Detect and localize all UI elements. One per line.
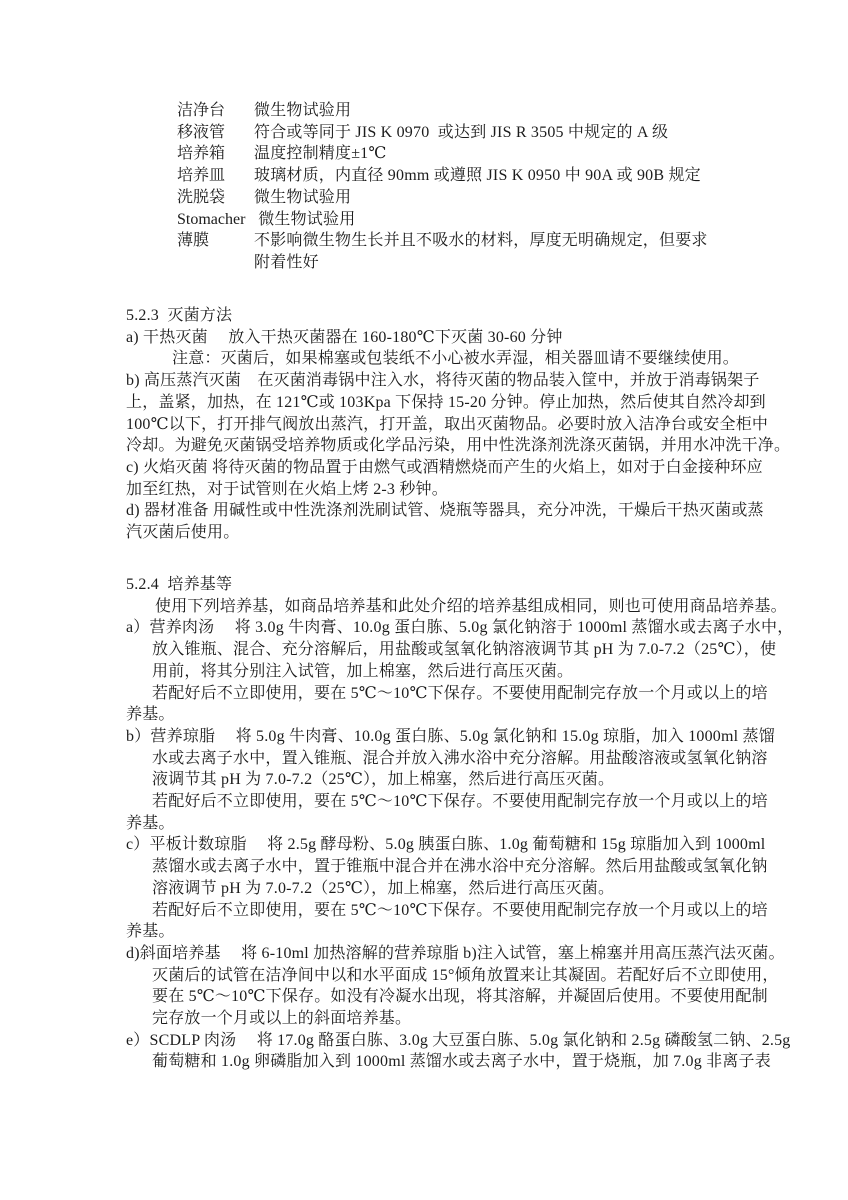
text-line: 加至红热，对于试管则在火焰上烤 2-3 秒钟。 [126,479,730,501]
text-line: 汽灭菌后使用。 [126,522,730,544]
text-line: a) 干热灭菌 放入干热灭菌器在 160-180℃下灭菌 30-60 分钟 [126,327,730,349]
text-line: 注意：灭菌后，如果棉塞或包装纸不小心被水弄湿，相关器皿请不要继续使用。 [126,348,730,370]
table-row: 移液管 符合或等同于 JIS K 0970 或达到 JIS R 3505 中规定… [126,122,730,144]
text-line: c) 火焰灭菌 将待灭菌的物品置于由燃气或酒精燃烧而产生的火焰上，如对于白金接种… [126,457,730,479]
text-line: c）平板计数琼脂 将 2.5g 酵母粉、5.0g 胰蛋白胨、1.0g 葡萄糖和 … [126,834,730,856]
table-row: 洁净台 微生物试验用 [126,100,730,122]
text-line: 用前，将其分别注入试管，加上棉塞，然后进行高压灭菌。 [126,661,730,683]
text-line: 若配好后不立即使用，要在 5℃～10℃下保存。不要使用配制完存放一个月或以上的培 [126,900,730,922]
text-line: 上，盖紧，加热，在 121℃或 103Kpa 下保持 15-20 分钟。停止加热… [126,392,730,414]
table-row: Stomacher 微生物试验用 [126,209,730,231]
equipment-table: 洁净台 微生物试验用 移液管 符合或等同于 JIS K 0970 或达到 JIS… [126,100,730,274]
text-line: 养基。 [126,813,730,835]
text-line: 液调节其 pH 为 7.0-7.2（25℃），加上棉塞，然后进行高压灭菌。 [126,769,730,791]
text-line: 完存放一个月或以上的斜面培养基。 [126,1008,730,1030]
text-line: b) 高压蒸汽灭菌 在灭菌消毒锅中注入水，将待灭菌的物品装入筐中，并放于消毒锅架… [126,370,730,392]
text-line: 养基。 [126,704,730,726]
text-line: 灭菌后的试管在洁净间中以和水平面成 15°倾角放置来让其凝固。若配好后不立即使用… [126,965,730,987]
text-line: 若配好后不立即使用，要在 5℃～10℃下保存。不要使用配制完存放一个月或以上的培 [126,791,730,813]
table-row: 培养箱 温度控制精度±1℃ [126,143,730,165]
text-line: 放入锥瓶、混合、充分溶解后，用盐酸或氢氧化钠溶液调节其 pH 为 7.0-7.2… [126,639,730,661]
equipment-name: Stomacher [126,209,254,231]
equipment-spec: 不影响微生物生长并且不吸水的材料，厚度无明确规定，但要求 [254,230,730,252]
equipment-name: 洁净台 [126,100,254,122]
equipment-spec: 玻璃材质，内直径 90mm 或遵照 JIS K 0950 中 90A 或 90B… [254,165,730,187]
equipment-spec: 符合或等同于 JIS K 0970 或达到 JIS R 3505 中规定的 A … [254,122,730,144]
text-line: b）营养琼脂 将 5.0g 牛肉膏、10.0g 蛋白胨、5.0g 氯化钠和 15… [126,726,730,748]
text-line: 养基。 [126,921,730,943]
equipment-name: 培养箱 [126,143,254,165]
table-row: 洗脱袋 微生物试验用 [126,187,730,209]
equipment-name: 培养皿 [126,165,254,187]
text-line: d) 器材准备 用碱性或中性洗涤剂洗刷试管、烧瓶等器具，充分冲洗，干燥后干热灭菌… [126,500,730,522]
section-sterilization-methods: 5.2.3 灭菌方法 a) 干热灭菌 放入干热灭菌器在 160-180℃下灭菌 … [126,305,730,544]
equipment-spec: 微生物试验用 [254,187,730,209]
equipment-spec: 温度控制精度±1℃ [254,143,730,165]
text-line: 冷却。为避免灭菌锅受培养物质或化学品污染，用中性洗涤剂洗涤灭菌锅，并用水冲洗干净… [126,435,730,457]
text-line: e）SCDLP 肉汤 将 17.0g 酪蛋白胨、3.0g 大豆蛋白胨、5.0g … [126,1030,730,1052]
equipment-name: 洗脱袋 [126,187,254,209]
document-page: { "page": { "kind": "scanned standard do… [0,0,848,1200]
text-line: 水或去离子水中，置入锥瓶、混合并放入沸水浴中充分溶解。用盐酸溶液或氢氧化钠溶 [126,748,730,770]
equipment-spec-continued: 附着性好 [254,252,730,274]
equipment-name: 移液管 [126,122,254,144]
text-line: a）营养肉汤 将 3.0g 牛肉膏、10.0g 蛋白胨、5.0g 氯化钠溶于 1… [126,617,730,639]
text-line: 要在 5℃～10℃下保存。如没有冷凝水出现，将其溶解，并凝固后使用。不要使用配制 [126,986,730,1008]
text-line: d)斜面培养基 将 6-10ml 加热溶解的营养琼脂 b)注入试管，塞上棉塞并用… [126,943,730,965]
section-heading: 5.2.4 培养基等 [126,574,730,596]
section-culture-media: 5.2.4 培养基等 使用下列培养基，如商品培养基和此处介绍的培养基组成相同，则… [126,574,730,1073]
text-line: 使用下列培养基，如商品培养基和此处介绍的培养基组成相同，则也可使用商品培养基。 [126,596,730,618]
text-line: 蒸馏水或去离子水中，置于锥瓶中混合并在沸水浴中充分溶解。然后用盐酸或氢氧化钠 [126,856,730,878]
equipment-spec: 微生物试验用 [254,209,730,231]
text-line: 若配好后不立即使用，要在 5℃～10℃下保存。不要使用配制完存放一个月或以上的培 [126,683,730,705]
text-line: 100℃以下，打开排气阀放出蒸汽，打开盖，取出灭菌物品。必要时放入洁净台或安全柜… [126,414,730,436]
table-row: 培养皿 玻璃材质，内直径 90mm 或遵照 JIS K 0950 中 90A 或… [126,165,730,187]
text-line: 溶液调节 pH 为 7.0-7.2（25℃），加上棉塞，然后进行高压灭菌。 [126,878,730,900]
equipment-spec: 微生物试验用 [254,100,730,122]
table-row: 薄膜 不影响微生物生长并且不吸水的材料，厚度无明确规定，但要求 附着性好 [126,230,730,273]
text-line: 葡萄糖和 1.0g 卵磷脂加入到 1000ml 蒸馏水或去离子水中，置于烧瓶，加… [126,1051,730,1073]
equipment-name: 薄膜 [126,230,254,273]
section-heading: 5.2.3 灭菌方法 [126,305,730,327]
